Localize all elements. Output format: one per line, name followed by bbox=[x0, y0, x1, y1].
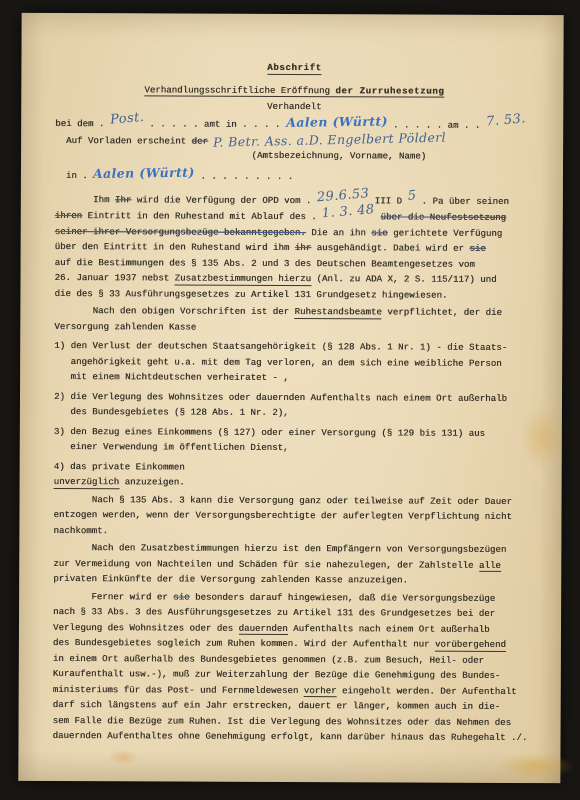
handwritten-annotation: 5 bbox=[407, 188, 417, 204]
document-line: entzogen werden, wenn der Versorgungsber… bbox=[53, 507, 531, 525]
document-line: dauernden Aufenthaltes ohne Genehmigung … bbox=[52, 728, 530, 746]
document-content: AbschriftVerhandlungsschriftliche Eröffn… bbox=[18, 13, 563, 746]
typed-text: besonders darauf hingewiesen, daß die Ve… bbox=[190, 591, 496, 603]
typed-text: gerichtete Verfügung bbox=[388, 227, 503, 238]
scanned-document-view: { "page": { "colors": { "background": "#… bbox=[0, 0, 580, 800]
handwritten-annotation: 7. 53. bbox=[485, 111, 526, 130]
typed-text: Versorgung zahlenden Kasse bbox=[54, 320, 196, 332]
typed-text: in . bbox=[55, 170, 93, 181]
underlined-title-text: Abschrift bbox=[267, 62, 322, 75]
typed-text: entzogen werden, wenn der Versorgungsber… bbox=[53, 509, 511, 522]
struck-text: seiner ihrer Versorgungsbezüge bekanntge… bbox=[55, 225, 306, 237]
handwritten-annotation: 1. 3. 48 bbox=[322, 202, 376, 222]
typed-text: auf die Bestimmungen des § 135 Abs. 2 un… bbox=[55, 256, 475, 269]
document-line: Verhandlungsschriftliche Eröffnung der Z… bbox=[55, 81, 533, 99]
typed-text: Ihm bbox=[55, 193, 115, 204]
handwritten-place-text: Aalen (Württ) bbox=[286, 113, 388, 130]
document-line: bei dem . Post. . . . . . amt in . . . .… bbox=[55, 113, 533, 133]
typed-text: ./. bbox=[511, 732, 527, 743]
typed-text: sem Falle die Bezüge zum Ruhen. Ist die … bbox=[53, 714, 511, 727]
typed-text: Ferner wird er bbox=[53, 590, 173, 602]
typed-text: wird die Verfügung der OPD vom . bbox=[131, 194, 317, 206]
typed-text: eingeholt werden. Der Aufenthalt bbox=[336, 685, 516, 697]
typed-text: darf sich längstens auf ein Jahr erstrec… bbox=[53, 699, 501, 712]
typed-text: nachkommt. bbox=[53, 524, 108, 535]
document-line: Nach den Zusatzbestimmungen hierzu ist d… bbox=[53, 540, 531, 558]
document-page: AbschriftVerhandlungsschriftliche Eröffn… bbox=[18, 13, 563, 783]
typed-text: nach § 33 Abs. 3 des Ausführungsgesetzes… bbox=[53, 606, 495, 619]
typed-text: Die an ihn bbox=[306, 227, 372, 238]
underlined-text: Verhandlungsschriftliche Eröffnung bbox=[144, 84, 335, 97]
document-line: 1) den Verlust der deutschen Staatsangeh… bbox=[54, 338, 532, 356]
handwritten-text: P. Betr. Ass. a.D. Engelbert Pölderl bbox=[213, 130, 446, 151]
struck-text: ihren bbox=[55, 210, 82, 221]
typed-text: des Bundesgebietes sogleich zum Ruhen ko… bbox=[53, 637, 435, 650]
underlined-text: dauernden bbox=[239, 622, 288, 635]
typed-text: Kuraufenthalt usw.-), muß zur Weiterzahl… bbox=[53, 668, 501, 681]
struck-text: Ihr bbox=[115, 194, 131, 205]
struck-text: sie bbox=[371, 227, 387, 238]
struck-text: über die Neufestsetzung bbox=[380, 211, 506, 223]
typed-text: 4) das private Einkommen bbox=[54, 460, 185, 472]
document-line: einer Verwendung im öffentlichen Dienst, bbox=[54, 439, 532, 457]
typed-text: 1) den Verlust der deutschen Staatsangeh… bbox=[54, 340, 507, 353]
struck-text: ihr bbox=[295, 242, 311, 253]
typed-text: (Anl. zu ADA X, 2 S. 115/117) und bbox=[311, 273, 497, 285]
struck-text: der bbox=[192, 136, 208, 147]
typed-text: . . . . . . . . . bbox=[195, 171, 293, 182]
typed-text: Verlegung des Wohnsitzes oder des bbox=[53, 621, 239, 633]
document-line: Kuraufenthalt usw.-), muß zur Weiterzahl… bbox=[53, 666, 531, 684]
typed-text: des Bundesgebietes (§ 128 Abs. 1 Nr. 2), bbox=[54, 406, 289, 418]
document-line: unverzüglich anzuzeigen. bbox=[54, 474, 532, 492]
document-line: mit einem Nichtdeutschen verheiratet - , bbox=[54, 369, 532, 387]
typed-text: Nach den obigen Vorschriften ist der bbox=[54, 305, 294, 317]
typed-text: 3) den Bezug eines Einkommens (§ 127) od… bbox=[54, 425, 485, 438]
typed-text: verpflichtet, der die bbox=[382, 306, 502, 318]
typed-text: zur Vermeidung von Nachteilen und Schäde… bbox=[53, 557, 479, 570]
typed-text: ministeriums für das Post- und Fernmelde… bbox=[53, 683, 304, 695]
document-line: die des § 33 Ausführungsgesetzes zu Arti… bbox=[54, 285, 532, 303]
typed-text: Verhandelt bbox=[267, 101, 322, 112]
document-line: privaten Einkünfte der die Versorgung za… bbox=[53, 571, 531, 589]
document-line: des Bundesgebietes (§ 128 Abs. 1 Nr. 2), bbox=[54, 404, 532, 422]
underlined-text: Zusatzbestimmungen hierzu bbox=[175, 272, 311, 285]
document-line: nach § 33 Abs. 3 des Ausführungsgesetzes… bbox=[53, 604, 531, 622]
typed-text: dauernden Aufenthaltes ohne Genehmigung … bbox=[53, 730, 511, 743]
typed-text: privaten Einkünfte der die Versorgung za… bbox=[53, 573, 408, 586]
typed-text: bei dem . bbox=[55, 117, 110, 128]
handwritten-annotation: Post. bbox=[109, 109, 144, 127]
typed-text: 2) die Verlegung des Wohnsitzes oder dau… bbox=[54, 390, 507, 403]
typed-text: III D bbox=[369, 195, 407, 206]
document-line: über den Eintritt in den Ruhestand wird … bbox=[55, 239, 533, 257]
typed-text: Nach den Zusatzbestimmungen hierzu ist d… bbox=[53, 542, 506, 555]
typed-text: . . . . . am . . bbox=[387, 119, 485, 130]
underlined-text: alle bbox=[479, 559, 501, 572]
document-line: darf sich längstens auf ein Jahr erstrec… bbox=[53, 697, 531, 715]
typed-text: Eintritt in den Ruhestand mit Ablauf des… bbox=[82, 210, 322, 222]
document-line: des Bundesgebietes sogleich zum Ruhen ko… bbox=[53, 635, 531, 653]
paper-stain bbox=[498, 753, 574, 779]
typed-text: Auf Vorladen erscheint bbox=[55, 135, 191, 147]
struck-text: sie bbox=[469, 243, 485, 254]
underlined-text: vorher bbox=[304, 685, 337, 698]
typed-text: angehörigkeit geht u.a. mit dem Tag verl… bbox=[54, 355, 502, 368]
document-line: Abschrift bbox=[55, 59, 533, 77]
underlined-text: unverzüglich bbox=[54, 476, 120, 489]
typed-text: über den Eintritt in den Ruhestand wird … bbox=[55, 241, 295, 253]
underlined-text: vorübergehend bbox=[435, 639, 506, 652]
typed-text: in einem Ort außerhalb des Bundesgebiete… bbox=[53, 652, 484, 665]
document-line: 26. Januar 1937 nebst Zusatzbestimmungen… bbox=[54, 270, 532, 288]
typed-text: Nach § 135 Abs. 3 kann die Versorgung ga… bbox=[54, 493, 512, 506]
typed-text: . . . . . amt in . . . . bbox=[144, 118, 286, 130]
document-line: nachkommt. bbox=[53, 522, 531, 540]
typed-text: . Pa über seinen bbox=[416, 195, 509, 206]
document-line: Nach den obigen Vorschriften ist der Ruh… bbox=[54, 303, 532, 321]
typed-text: 26. Januar 1937 nebst bbox=[54, 272, 174, 284]
document-line: in . Aalen (Württ) . . . . . . . . . bbox=[55, 166, 533, 186]
document-line: Versorgung zahlenden Kasse bbox=[54, 318, 532, 336]
document-line: (Amtsbezeichnung, Vorname, Name) bbox=[55, 146, 533, 164]
handwritten-place-text: Aalen (Württ) bbox=[93, 165, 195, 182]
typed-text: anzuzeigen. bbox=[119, 476, 185, 487]
typed-text: (Amtsbezeichnung, Vorname, Name) bbox=[55, 148, 426, 161]
typed-text: mit einem Nichtdeutschen verheiratet - , bbox=[54, 371, 289, 383]
underlined-title-text: der Zurruhesetzung bbox=[335, 85, 444, 98]
typed-text: Aufenthalts nach einem Ort außerhalb bbox=[288, 622, 490, 634]
document-line: Ihm Ihr wird die Verfügung der OPD vom .… bbox=[55, 190, 533, 209]
typed-text: die des § 33 Ausführungsgesetzes zu Arti… bbox=[54, 287, 447, 300]
struck-text: sie bbox=[173, 591, 189, 602]
typed-text: einer Verwendung im öffentlichen Dienst, bbox=[54, 441, 289, 453]
paper-stain bbox=[108, 749, 138, 765]
typed-text: ausgehändigt. Dabei wird er bbox=[311, 242, 469, 254]
underlined-text: Ruhestandsbeamte bbox=[294, 306, 381, 319]
document-line: ihren Eintritt in den Ruhestand mit Abla… bbox=[55, 207, 533, 226]
